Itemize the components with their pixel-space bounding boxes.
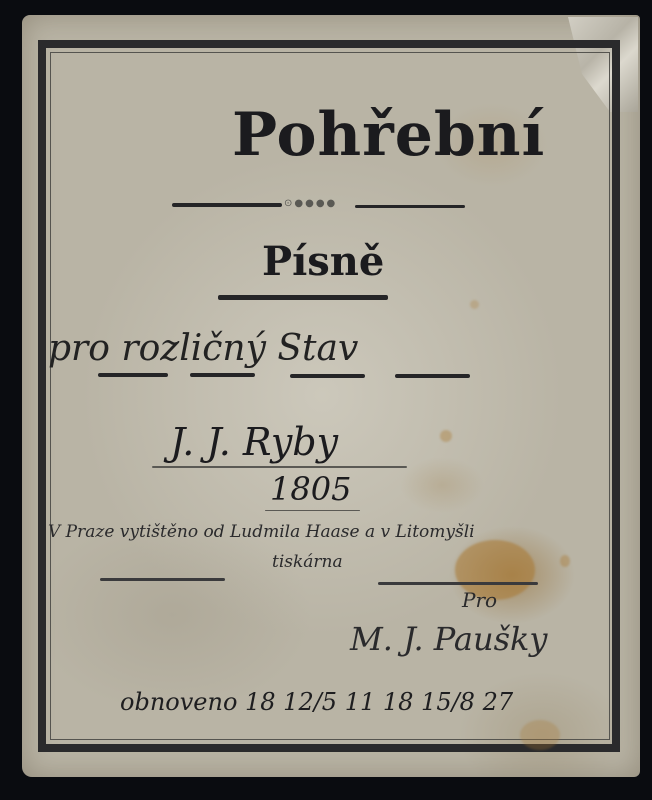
cover-author: J. J. Ryby bbox=[170, 420, 338, 464]
owner-signature: M. J. Paušky bbox=[350, 620, 547, 658]
ornament-rule bbox=[98, 373, 168, 377]
cover-title: Pohřební bbox=[232, 100, 545, 170]
ornament-dots: ⊙●●●● bbox=[284, 198, 337, 209]
cover-year: 1805 bbox=[270, 470, 351, 508]
publisher-note: V Praze vytištěno od Ludmila Haase a v L… bbox=[48, 522, 475, 542]
ornament-rule bbox=[355, 205, 465, 208]
ornament-rule bbox=[378, 582, 538, 585]
underline bbox=[265, 510, 360, 511]
renewal-note: obnoveno 18 12/5 11 18 15/8 27 bbox=[120, 688, 513, 716]
ornament-rule bbox=[172, 203, 282, 207]
ornament-rule bbox=[152, 466, 407, 468]
publisher-note-line2: tiskárna bbox=[272, 552, 343, 572]
corner-stain bbox=[520, 720, 560, 750]
ornament-rule bbox=[190, 373, 255, 377]
cover-line3: pro rozličný Stav bbox=[48, 328, 358, 369]
dedication-pro: Pro bbox=[462, 588, 497, 612]
ornament-rule bbox=[218, 295, 388, 300]
ornament-rule bbox=[395, 374, 470, 378]
spot-stain bbox=[470, 300, 479, 309]
spot-stain bbox=[440, 430, 452, 442]
ornament-rule bbox=[100, 578, 225, 581]
spot-stain bbox=[560, 555, 570, 567]
cover-subtitle: Písně bbox=[262, 238, 384, 285]
ornament-rule bbox=[290, 374, 365, 378]
